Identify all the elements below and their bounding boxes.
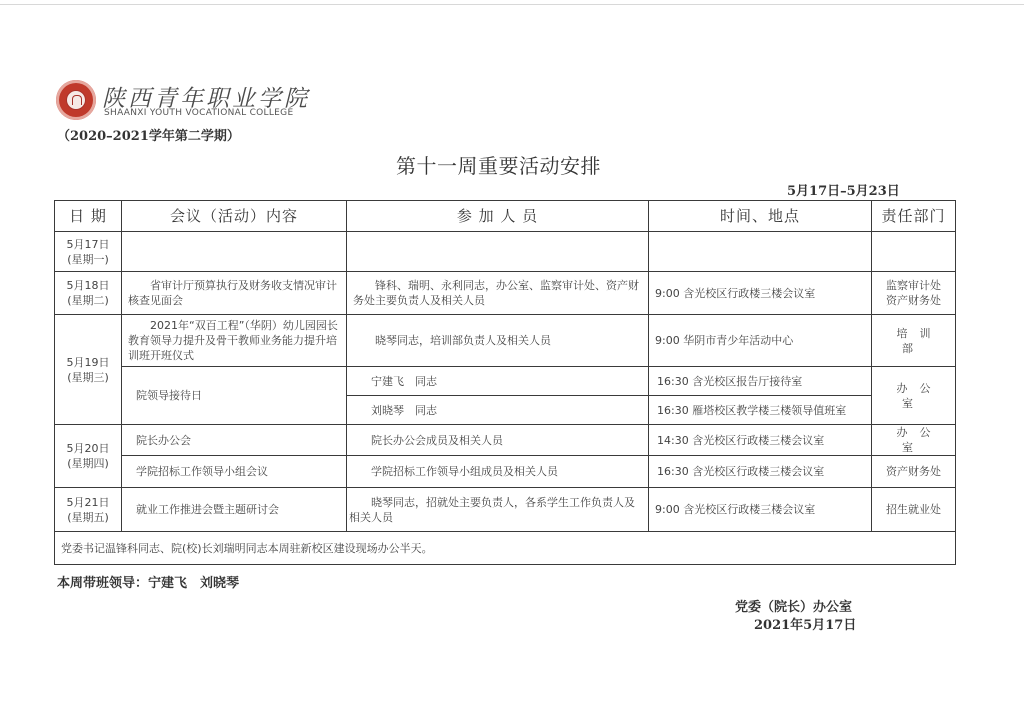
weekday-label: (星期三) xyxy=(61,370,115,385)
semester-label: （2020–2021学年第二学期） xyxy=(57,125,240,144)
participants-cell: 刘晓琴 同志 xyxy=(347,396,649,425)
table-row: 5月19日 (星期三) 2021年“双百工程”（华阴）幼儿园园长教育领导力提升及… xyxy=(55,315,956,367)
date-label: 5月19日 xyxy=(61,355,115,370)
participants-cell xyxy=(347,232,649,272)
time-place-cell: 9:00 含光校区行政楼三楼会议室 xyxy=(649,272,872,315)
time-place-cell: 16:30 含光校区报告厅接待室 xyxy=(649,367,872,396)
page-top-edge xyxy=(0,4,1024,5)
department-cell xyxy=(872,232,956,272)
content-cell: 院领导接待日 xyxy=(122,367,347,425)
duty-leaders: 本周带班领导：宁建飞 刘晓琴 xyxy=(57,572,239,591)
date-range: 5月17日–5月23日 xyxy=(787,180,900,199)
issuing-office: 党委（院长）办公室 xyxy=(735,596,852,615)
table-row: 院领导接待日 宁建飞 同志 16:30 含光校区报告厅接待室 办公室 xyxy=(55,367,956,396)
content-cell: 学院招标工作领导小组会议 xyxy=(122,456,347,488)
participants-cell: 宁建飞 同志 xyxy=(347,367,649,396)
participants-cell: 院长办公会成员及相关人员 xyxy=(347,425,649,456)
department-cell: 办公室 xyxy=(872,425,956,456)
content-cell: 院长办公会 xyxy=(122,425,347,456)
schedule-table: 日 期 会议（活动）内容 参 加 人 员 时间、地点 责任部门 5月17日 (星… xyxy=(54,200,956,565)
college-seal-icon xyxy=(56,80,96,120)
date-label: 5月17日 xyxy=(61,237,115,252)
weekday-label: (星期四) xyxy=(61,456,115,471)
table-note-row: 党委书记温锋科同志、院(校)长刘瑞明同志本周驻新校区建设现场办公半天。 xyxy=(55,532,956,565)
time-place-cell: 9:00 含光校区行政楼三楼会议室 xyxy=(649,488,872,532)
weekday-label: (星期二) xyxy=(61,293,115,308)
department-label: 资产财务处 xyxy=(878,293,949,308)
date-label: 5月21日 xyxy=(61,495,115,510)
time-place-cell: 16:30 雁塔校区教学楼三楼领导值班室 xyxy=(649,396,872,425)
department-label: 监察审计处 xyxy=(878,278,949,293)
table-row: 学院招标工作领导小组会议 学院招标工作领导小组成员及相关人员 16:30 含光校… xyxy=(55,456,956,488)
date-cell: 5月19日 (星期三) xyxy=(55,315,122,425)
weekday-label: (星期五) xyxy=(61,510,115,525)
date-cell: 5月17日 (星期一) xyxy=(55,232,122,272)
participants-cell: 锋科、瑞明、永利同志，办公室、监察审计处、资产财务处主要负责人及相关人员 xyxy=(347,272,649,315)
department-cell: 培训部 xyxy=(872,315,956,367)
department-cell: 办公室 xyxy=(872,367,956,425)
time-place-cell: 16:30 含光校区行政楼三楼会议室 xyxy=(649,456,872,488)
participants-cell: 学院招标工作领导小组成员及相关人员 xyxy=(347,456,649,488)
content-cell: 就业工作推进会暨主题研讨会 xyxy=(122,488,347,532)
column-header-date: 日 期 xyxy=(55,201,122,232)
date-cell: 5月20日 (星期四) xyxy=(55,425,122,488)
participants-cell: 晓琴同志，招就处主要负责人，各系学生工作负责人及相关人员 xyxy=(347,488,649,532)
department-cell: 监察审计处 资产财务处 xyxy=(872,272,956,315)
document-title: 第十一周重要活动安排 xyxy=(396,150,601,179)
weekly-note: 党委书记温锋科同志、院(校)长刘瑞明同志本周驻新校区建设现场办公半天。 xyxy=(55,532,956,565)
table-row: 5月21日 (星期五) 就业工作推进会暨主题研讨会 晓琴同志，招就处主要负责人，… xyxy=(55,488,956,532)
column-header-department: 责任部门 xyxy=(872,201,956,232)
content-cell: 2021年“双百工程”（华阴）幼儿园园长教育领导力提升及骨干教师业务能力提升培训… xyxy=(122,315,347,367)
date-label: 5月18日 xyxy=(61,278,115,293)
participants-cell: 晓琴同志，培训部负责人及相关人员 xyxy=(347,315,649,367)
table-header-row: 日 期 会议（活动）内容 参 加 人 员 时间、地点 责任部门 xyxy=(55,201,956,232)
content-cell: 省审计厅预算执行及财务收支情况审计核查见面会 xyxy=(122,272,347,315)
date-cell: 5月21日 (星期五) xyxy=(55,488,122,532)
weekday-label: (星期一) xyxy=(61,252,115,267)
department-cell: 资产财务处 xyxy=(872,456,956,488)
time-place-cell: 14:30 含光校区行政楼三楼会议室 xyxy=(649,425,872,456)
issue-date: 2021年5月17日 xyxy=(754,614,856,633)
table-row: 5月20日 (星期四) 院长办公会 院长办公会成员及相关人员 14:30 含光校… xyxy=(55,425,956,456)
time-place-cell xyxy=(649,232,872,272)
time-place-cell: 9:00 华阴市青少年活动中心 xyxy=(649,315,872,367)
college-name-en: SHAANXI YOUTH VOCATIONAL COLLEGE xyxy=(104,108,293,118)
content-cell xyxy=(122,232,347,272)
column-header-time-place: 时间、地点 xyxy=(649,201,872,232)
column-header-participants: 参 加 人 员 xyxy=(347,201,649,232)
date-label: 5月20日 xyxy=(61,441,115,456)
column-header-content: 会议（活动）内容 xyxy=(122,201,347,232)
department-cell: 招生就业处 xyxy=(872,488,956,532)
table-row: 5月17日 (星期一) xyxy=(55,232,956,272)
date-cell: 5月18日 (星期二) xyxy=(55,272,122,315)
table-row: 5月18日 (星期二) 省审计厅预算执行及财务收支情况审计核查见面会 锋科、瑞明… xyxy=(55,272,956,315)
